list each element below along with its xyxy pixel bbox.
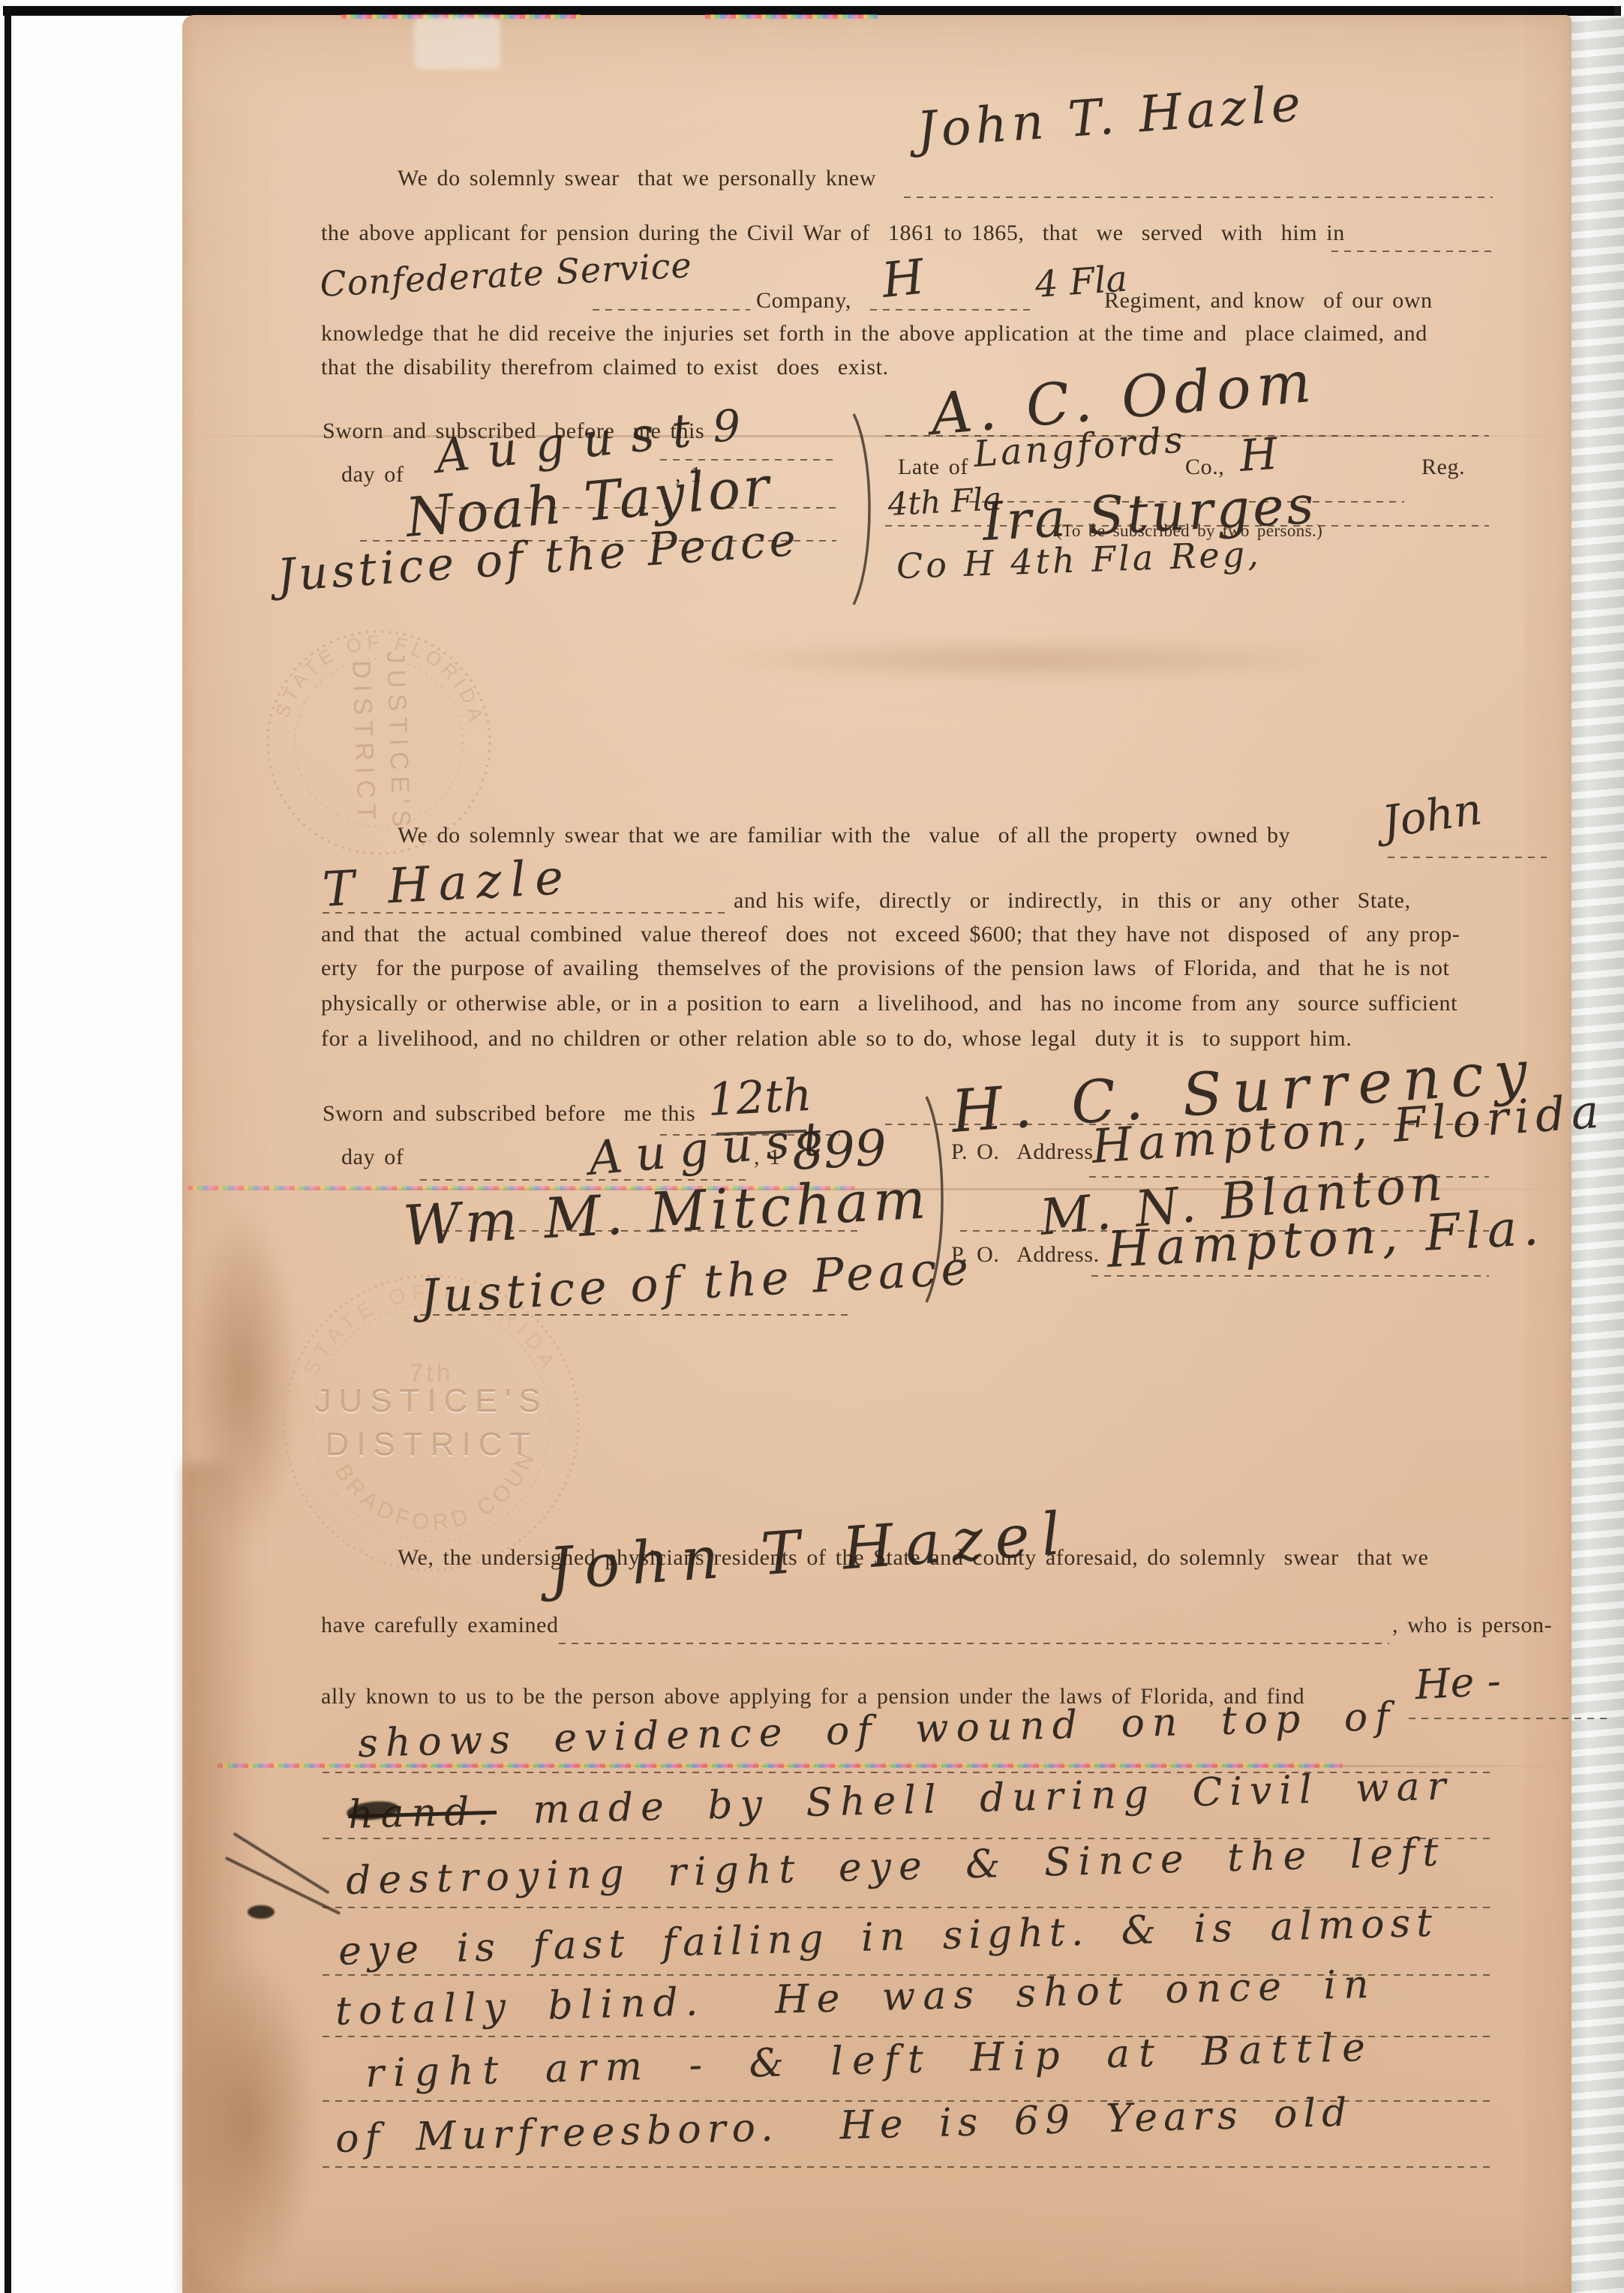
tape-patch	[414, 17, 500, 69]
blank-line	[1331, 251, 1493, 252]
plastic-sleeve-strip	[1568, 16, 1624, 2293]
scanned-pension-affidavit: STATE OF FLORIDA JUSTICE'S DISTRICT STAT…	[0, 0, 1624, 2293]
svg-text:STATE OF FLORIDA: STATE OF FLORIDA	[271, 631, 489, 728]
oath2-line4: erty for the purpose of availing themsel…	[321, 956, 1450, 981]
oath1-line2: the above applicant for pension during t…	[321, 221, 1345, 246]
seal1-ring-text: STATE OF FLORIDA	[271, 631, 489, 728]
jurat2-sworn-label: Sworn and subscribed before me this	[323, 1101, 695, 1127]
brace-2	[919, 1094, 953, 1305]
oath2-line1: We do solemnly swear that we are familia…	[398, 823, 1290, 848]
lateof-label: Late of	[898, 455, 968, 480]
oath1-line1: We do solemnly swear that we personally …	[398, 166, 876, 191]
reg-label: Reg.	[1421, 455, 1465, 480]
oath2-line5: physically or otherwise able, or in a po…	[321, 991, 1457, 1016]
seal2-line2: DISTRICT	[326, 1426, 538, 1463]
oath2-line2: and his wife, directly or indirectly, in…	[734, 888, 1411, 914]
blank-line	[904, 197, 1493, 198]
brace-1	[846, 411, 881, 608]
blank-line	[559, 1643, 1389, 1644]
blank-line	[1388, 857, 1547, 858]
jurat1-day-hw: 9	[711, 400, 741, 452]
blank-line	[593, 309, 750, 311]
blank-line	[323, 912, 729, 914]
co-entry-hw: H	[1238, 428, 1279, 482]
seal1-line2: DISTRICT	[347, 660, 381, 827]
company-label: Company,	[756, 288, 851, 314]
rainbow-glint-top-mid	[705, 14, 878, 19]
oath2-line6: for a livelihood, and no children or oth…	[321, 1026, 1352, 1052]
find-entry-hw: He -	[1414, 1657, 1502, 1709]
person-label: , who is person-	[1392, 1613, 1552, 1638]
blank-line	[443, 1230, 863, 1232]
examined-label: have carefully examined	[321, 1613, 559, 1638]
oath2-line3: and that the actual combined value there…	[321, 922, 1460, 947]
co-label: Co.,	[1185, 455, 1224, 480]
ruled-line	[323, 2166, 1493, 2168]
scanner-edge-left	[5, 6, 11, 2293]
oath1-line4: knowledge that he did receive the injuri…	[321, 321, 1427, 347]
company-entry-hw: H	[879, 250, 926, 309]
blank-line	[1409, 1718, 1611, 1719]
po-address-label-1: P. O. Address	[951, 1139, 1094, 1165]
ink-blot	[248, 1905, 275, 1919]
seal2-line1: JUSTICE'S	[314, 1382, 548, 1419]
jurat2-year-prefix: , 1	[754, 1145, 781, 1170]
oath1-line5: that the disability therefrom claimed to…	[321, 355, 889, 380]
jurat2-dayof-label: day of	[341, 1145, 404, 1170]
po-address-label-2: P. O. Address.	[951, 1242, 1100, 1268]
blank-line	[870, 309, 1035, 311]
seal1-line1: JUSTICE'S	[381, 650, 416, 833]
blank-line	[420, 1314, 848, 1316]
jurat1-dayof-label: day of	[341, 462, 404, 488]
oath1-line3: Regiment, and know of our own	[1104, 288, 1433, 314]
